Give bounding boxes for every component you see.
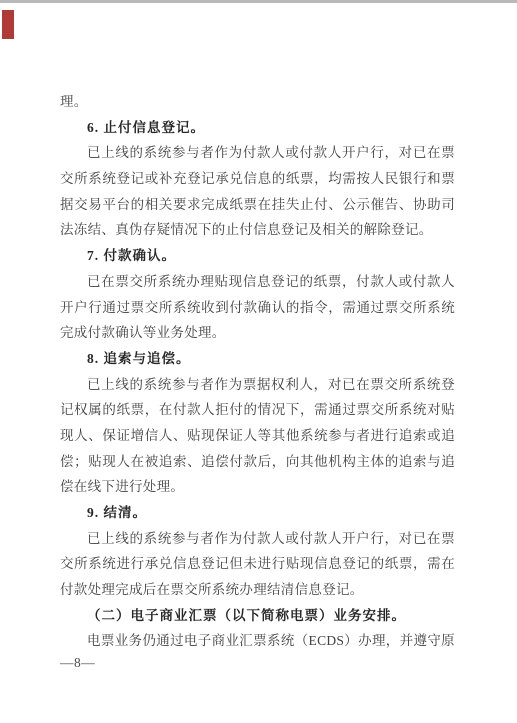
- text-line: 交所系统登记或补充登记承兑信息的纸票，均需按人民银行和票: [60, 166, 455, 192]
- text-line: 电票业务仍通过电子商业汇票系统（ECDS）办理，并遵守原: [60, 628, 455, 654]
- text-line: 记权属的纸票，在付款人拒付的情况下，需通过票交所系统对贴: [60, 397, 455, 423]
- text-line: 已在票交所系统办理贴现信息登记的纸票，付款人或付款人: [60, 269, 455, 295]
- text-line: 开户行通过票交所系统收到付款确认的指令，需通过票交所系统: [60, 295, 455, 321]
- text-line: 现人、保证增信人、贴现保证人等其他系统参与者进行追索或追: [60, 423, 455, 449]
- document-text: 理。6. 止付信息登记。已上线的系统参与者作为付款人或付款人开户行，对已在票交所…: [60, 89, 455, 654]
- heading-line: 9. 结清。: [60, 500, 455, 526]
- text-line: 交所系统进行承兑信息登记但未进行贴现信息登记的纸票，需在: [60, 551, 455, 577]
- text-line: 法冻结、真伪存疑情况下的止付信息登记及相关的解除登记。: [60, 217, 455, 243]
- text-line: 理。: [60, 89, 455, 115]
- red-corner-mark: [2, 10, 14, 39]
- text-line: 偿；贴现人在被追索、追偿付款后，向其他机构主体的追索与追: [60, 449, 455, 475]
- heading-line: 7. 付款确认。: [60, 243, 455, 269]
- text-line: 已上线的系统参与者作为付款人或付款人开户行，对已在票: [60, 140, 455, 166]
- text-line: 付款处理完成后在票交所系统办理结清信息登记。: [60, 577, 455, 603]
- text-line: 偿在线下进行处理。: [60, 474, 455, 500]
- text-line: 完成付款确认等业务处理。: [60, 320, 455, 346]
- document-page: 理。6. 止付信息登记。已上线的系统参与者作为付款人或付款人开户行，对已在票交所…: [0, 0, 517, 723]
- heading-line: （二）电子商业汇票（以下简称电票）业务安排。: [60, 603, 455, 629]
- text-line: 已上线的系统参与者作为付款人或付款人开户行，对已在票: [60, 526, 455, 552]
- heading-line: 8. 追索与追偿。: [60, 346, 455, 372]
- page-top-border: [0, 0, 517, 3]
- text-line: 据交易平台的相关要求完成纸票在挂失止付、公示催告、协助司: [60, 192, 455, 218]
- heading-line: 6. 止付信息登记。: [60, 115, 455, 141]
- text-line: 已上线的系统参与者作为票据权利人，对已在票交所系统登: [60, 372, 455, 398]
- page-number: —8—: [60, 650, 95, 676]
